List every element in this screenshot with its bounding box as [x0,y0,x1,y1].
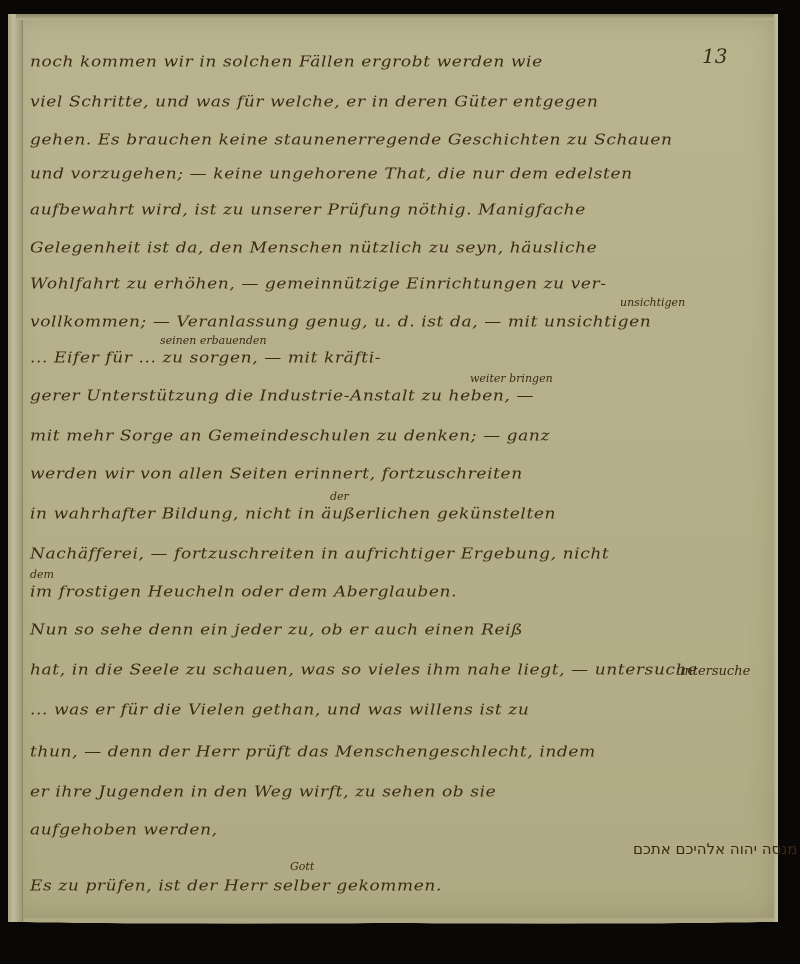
text-line: Wohlfahrt zu erhöhen, — gemeinnützige Ei… [30,275,607,293]
text-line: Es zu prüfen, ist der Herr selber gekomm… [30,877,442,895]
text-line: thun, — denn der Herr prüft das Menschen… [30,743,596,761]
text-line: noch kommen wir in solchen Fällen ergrob… [30,53,543,71]
text-line: Nun so sehe denn ein jeder zu, ob er auc… [30,621,523,639]
interlinear-insertion: weiter bringen [470,372,553,385]
interlinear-insertion: unsichtigen [620,296,685,309]
interlinear-insertion: seinen erbauenden [160,334,267,347]
text-line: Nachäfferei, — fortzuschreiten in aufric… [30,545,609,563]
interlinear-insertion: der [330,490,349,503]
text-line: in wahrhafter Bildung, nicht in äußerlic… [30,505,556,523]
text-line: aufgehoben werden, [30,821,218,839]
text-line: gehen. Es brauchen keine staunenerregend… [30,131,673,149]
page-top-edge [16,14,778,20]
text-line: er ihre Jugenden in den Weg wirft, zu se… [30,783,496,801]
hebrew-inscription: כי מנסה יהוה אלהיכם אתכם [633,840,800,858]
text-line: und vorzugehen; — keine ungehorene That,… [30,165,633,183]
text-line: gerer Unterstützung die Industrie-Anstal… [30,387,534,405]
text-line: ... was er für die Vielen gethan, und wa… [30,701,529,719]
text-line: aufbewahrt wird, ist zu unserer Prüfung … [30,201,586,219]
text-line: ... Eifer für ... zu sorgen, — mit kräft… [30,349,381,367]
text-line: im frostigen Heucheln oder dem Aberglaub… [30,583,457,601]
text-line: vollkommen; — Veranlassung genug, u. d. … [30,313,651,331]
text-line: viel Schritte, und was für welche, er in… [30,93,598,111]
binding-gutter [8,14,23,922]
margin-note: untersuche [676,664,750,679]
interlinear-insertion: Gott [290,860,314,873]
text-line: hat, in die Seele zu schauen, was so vie… [30,661,698,679]
page-number: 13 [702,44,727,68]
page-right-edge [774,14,778,922]
text-line: Gelegenheit ist da, den Menschen nützlic… [30,239,597,257]
interlinear-insertion: dem [30,568,54,581]
text-line: werden wir von allen Seiten erinnert, fo… [30,465,523,483]
text-line: mit mehr Sorge an Gemeindeschulen zu den… [30,427,550,445]
